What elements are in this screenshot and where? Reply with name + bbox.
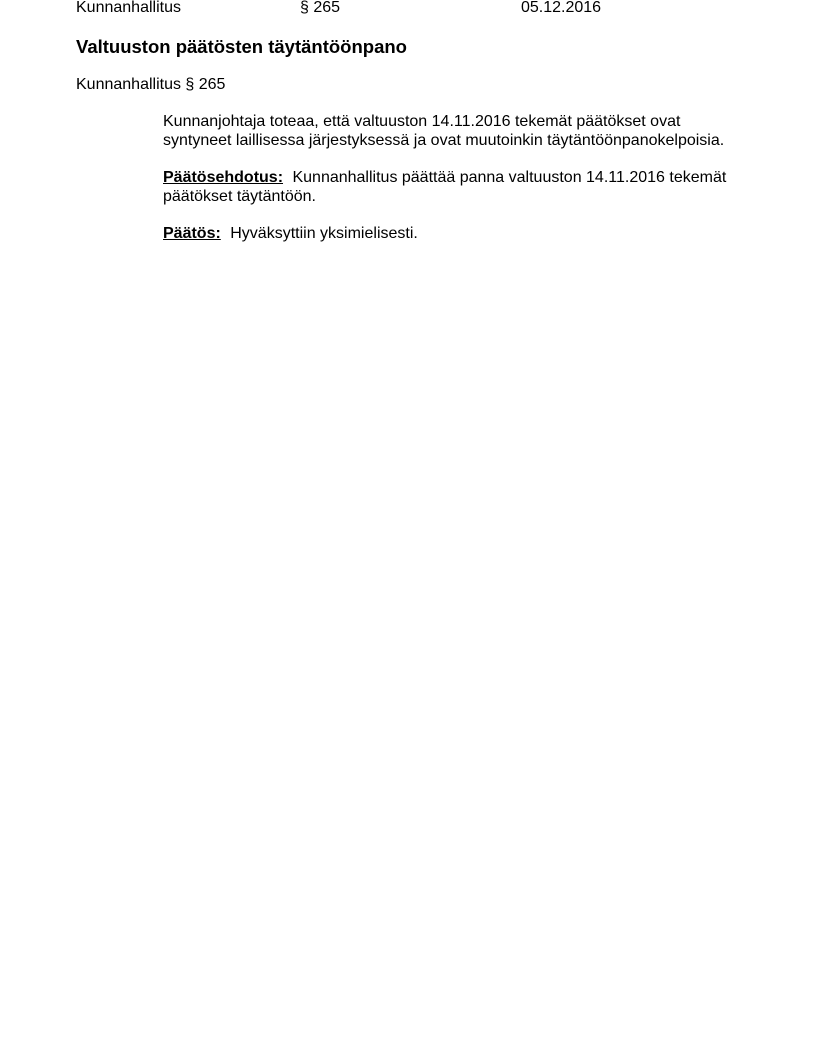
intro-paragraph: Kunnanjohtaja toteaa, että valtuuston 14… (163, 113, 753, 150)
header-organ: Kunnanhallitus (76, 0, 181, 17)
proposal-paragraph: Päätösehdotus: Kunnanhallitus päättää pa… (163, 169, 753, 206)
document-title: Valtuuston päätösten täytäntöönpano (76, 36, 407, 58)
intro-line-2: syntyneet laillisessa järjestyksessä ja … (163, 132, 724, 149)
proposal-line-1: Kunnanhallitus päättää panna valtuuston … (292, 169, 726, 186)
section-reference: Kunnanhallitus § 265 (76, 76, 225, 94)
proposal-label: Päätösehdotus: (163, 169, 283, 186)
header-date: 05.12.2016 (521, 0, 601, 17)
decision-label: Päätös: (163, 225, 221, 242)
header-section: § 265 (300, 0, 340, 17)
page-header: Kunnanhallitus § 265 05.12.2016 (0, 0, 816, 19)
proposal-line-2: päätökset täytäntöön. (163, 188, 316, 205)
intro-line-1: Kunnanjohtaja toteaa, että valtuuston 14… (163, 113, 680, 130)
decision-paragraph: Päätös: Hyväksyttiin yksimielisesti. (163, 225, 753, 244)
document-body: Kunnanjohtaja toteaa, että valtuuston 14… (163, 113, 753, 263)
decision-text: Hyväksyttiin yksimielisesti. (230, 225, 418, 242)
